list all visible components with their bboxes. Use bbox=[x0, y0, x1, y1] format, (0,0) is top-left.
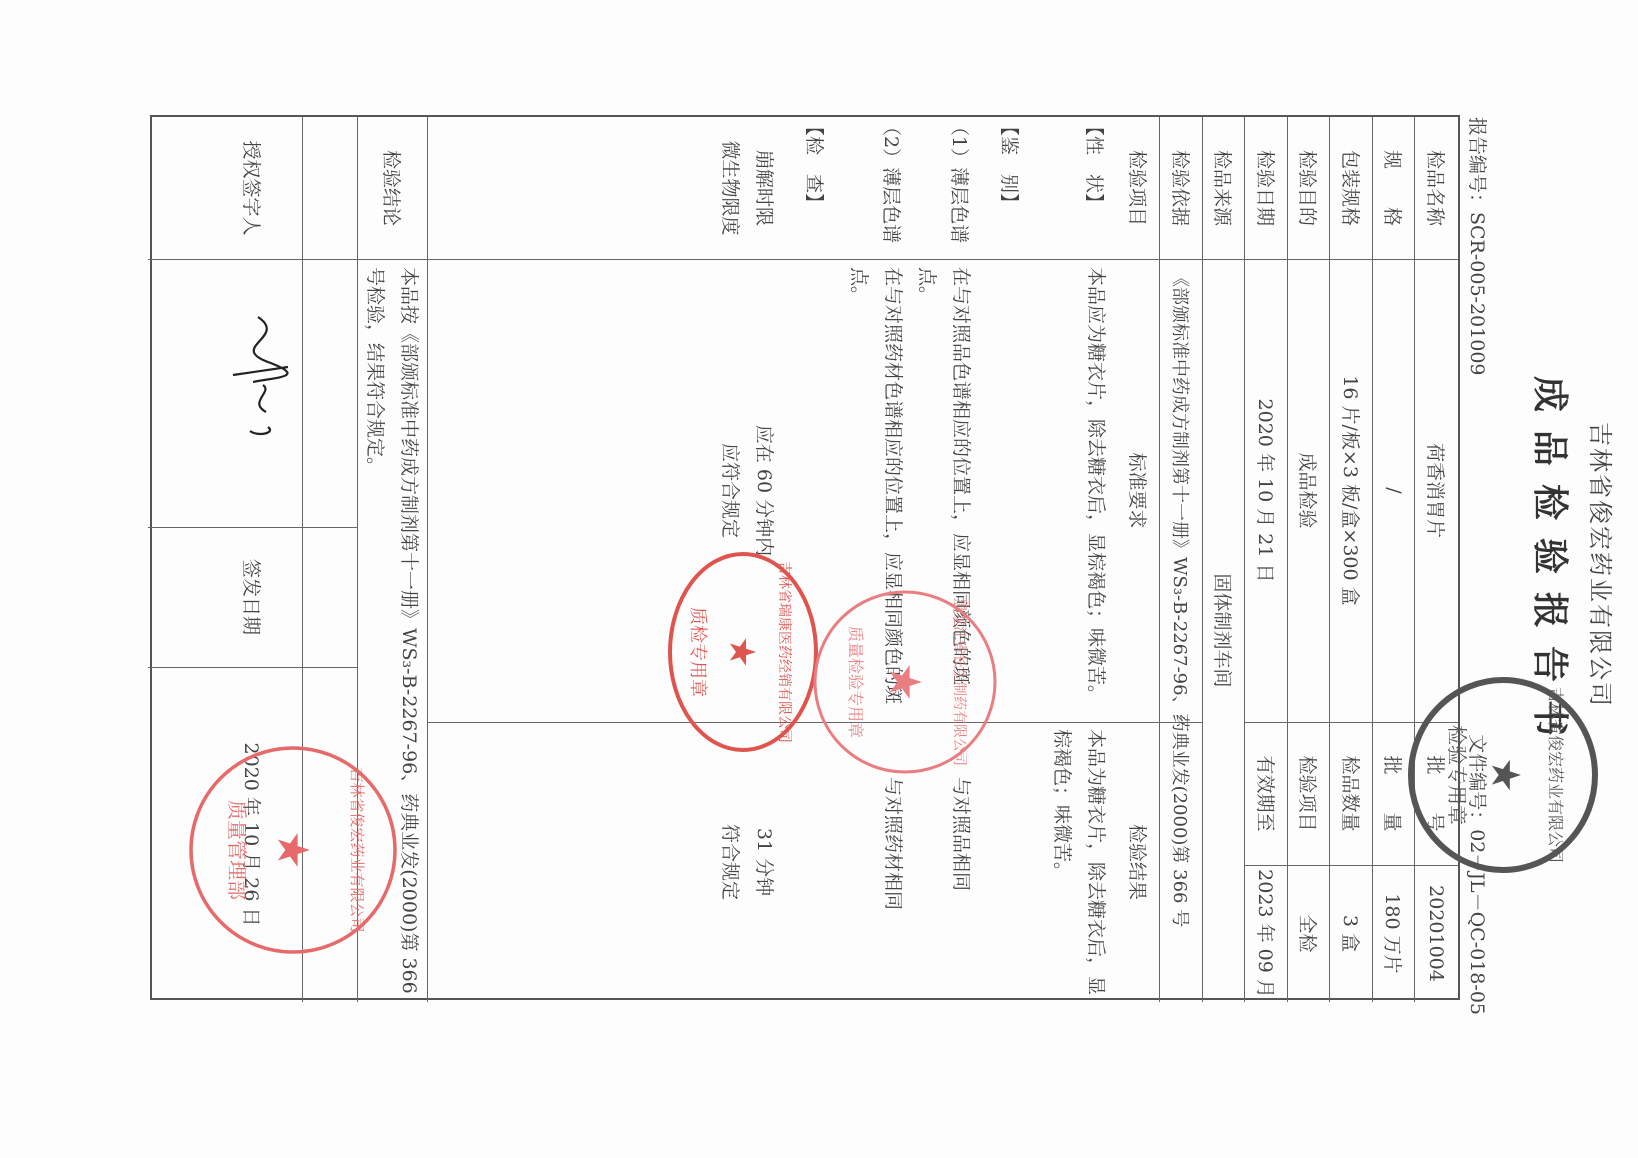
result-tlc-2: 与对照药材相同 bbox=[876, 777, 910, 997]
label-basis: 检验依据 bbox=[1160, 117, 1203, 259]
inspection-table: 检品名称 荷香消胃片 批 号 20201004 规 格 / 批 量 180 万片… bbox=[150, 115, 1460, 1000]
standard-tlc-2: 在与对照药材色谱相应的位置上，应显相同颜色的斑点。 bbox=[842, 267, 910, 715]
conclusion-text: 本品按《部颁标准中药成方制剂第十一册》WS₃-B-2267-96、药典业发(20… bbox=[358, 267, 426, 997]
section-identification: 【鉴 别】 bbox=[994, 117, 1028, 259]
item-microbial: 微生物限度 bbox=[715, 117, 749, 259]
section-tlc-1: （1）薄层色谱 bbox=[944, 117, 978, 259]
result-microbial: 符合规定 bbox=[715, 722, 749, 1002]
standard-tlc-1: 在与对照品色谱相应的位置上，应显相同颜色的斑点。 bbox=[910, 267, 978, 715]
label-product-name: 检品名称 bbox=[1415, 117, 1458, 259]
label-batch-size: 批 量 bbox=[1373, 722, 1415, 865]
col-test-item: 检验项目 bbox=[1118, 117, 1160, 259]
standard-description: 本品应为糖衣片，除去糖衣后，显棕褐色；味微苦。 bbox=[1079, 267, 1113, 715]
value-purpose: 成品检验 bbox=[1288, 259, 1330, 722]
label-issue-date: 签发日期 bbox=[148, 527, 358, 667]
section-inspection: 【检 查】 bbox=[799, 117, 833, 259]
result-description: 本品为糖衣片，除去糖衣后，显棕褐色；味微苦。 bbox=[1045, 729, 1113, 997]
label-test-date: 检验日期 bbox=[1245, 117, 1288, 259]
report-number: 报告编号：SCR-005-201009 bbox=[1465, 117, 1492, 376]
value-packaging: 16 片/板×3 板/盒×300 盒 bbox=[1330, 259, 1373, 722]
label-batch-no: 批 号 bbox=[1415, 722, 1458, 865]
label-test-items: 检验项目 bbox=[1288, 722, 1330, 865]
label-source: 检品来源 bbox=[1203, 117, 1245, 259]
value-spec: / bbox=[1373, 259, 1415, 722]
standard-microbial: 应符合规定 bbox=[715, 259, 749, 722]
value-product-name: 荷香消胃片 bbox=[1415, 259, 1458, 722]
certificate-document: 吉林省俊宏药业有限公司 成品检验报告书 报告编号：SCR-005-201009 … bbox=[140, 115, 1460, 1015]
label-purpose: 检验目的 bbox=[1288, 117, 1330, 259]
label-signer: 授权签字人 bbox=[148, 117, 358, 259]
value-basis: 《部颁标准中药成方制剂第十一册》WS₃-B-2267-96、药典业发(2000)… bbox=[1160, 259, 1203, 1002]
label-packaging: 包装规格 bbox=[1330, 117, 1373, 259]
item-disintegration: 崩解时限 bbox=[749, 117, 783, 259]
value-sample-qty: 3 盒 bbox=[1330, 865, 1373, 1002]
label-spec: 规 格 bbox=[1373, 117, 1415, 259]
col-result: 检验结果 bbox=[1118, 722, 1160, 1002]
document-title: 成品检验报告书 bbox=[1527, 115, 1578, 1015]
value-issue-date: 2020 年 10 月 26 日 bbox=[148, 667, 358, 1002]
col-standard: 标准要求 bbox=[1118, 259, 1160, 722]
company-name: 吉林省俊宏药业有限公司 bbox=[1585, 115, 1620, 1015]
label-conclusion: 检验结论 bbox=[358, 117, 428, 259]
value-batch-no: 20201004 bbox=[1415, 865, 1458, 1002]
value-batch-size: 180 万片 bbox=[1373, 865, 1415, 1002]
value-source: 固体制剂车间 bbox=[1203, 259, 1245, 1002]
label-sample-qty: 检品数量 bbox=[1330, 722, 1373, 865]
signature bbox=[218, 307, 308, 457]
value-test-items: 全检 bbox=[1288, 865, 1330, 1002]
result-tlc-1: 与对照品相同 bbox=[944, 777, 978, 997]
value-test-date: 2020 年 10 月 21 日 bbox=[1245, 259, 1288, 722]
value-expiry: 2023 年 09 月 bbox=[1245, 865, 1288, 1002]
file-number: 文件编号：02－JL－QC-018-05 bbox=[1465, 734, 1492, 1015]
result-disintegration: 31 分钟 bbox=[749, 722, 783, 1002]
section-description: 【性 状】 bbox=[1079, 117, 1113, 259]
label-expiry: 有效期至 bbox=[1245, 722, 1288, 865]
standard-disintegration: 应在 60 分钟内 bbox=[749, 259, 783, 722]
section-tlc-2: （2）薄层色谱 bbox=[876, 117, 910, 259]
